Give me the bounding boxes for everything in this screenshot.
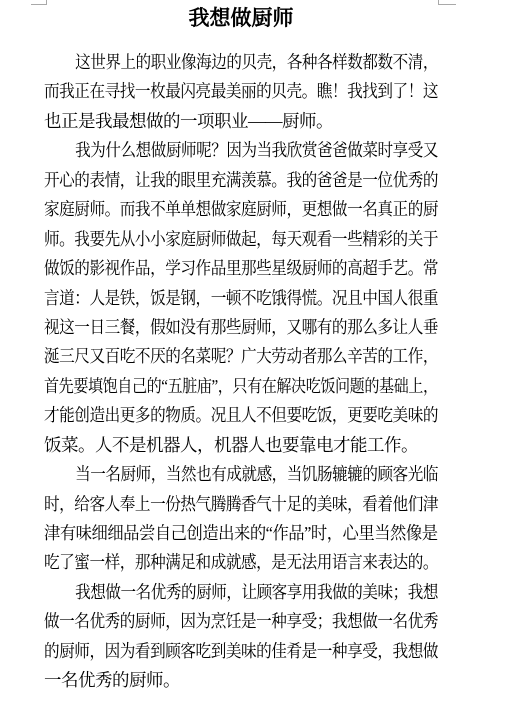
document-title[interactable]: 我想做厨师 xyxy=(44,4,438,32)
text-line[interactable]: 首先要填饱自己的“五脏庙”，只有在解决吃饭问题的基础上， xyxy=(44,372,384,401)
text-line[interactable]: 我为什么想做厨师呢？因为当我欣赏爸爸做菜时享受又 xyxy=(44,136,394,165)
document-page: 我想做厨师 这世界上的职业像海边的贝壳，各种各样数都数不清，而我正在寻找一枚最闪… xyxy=(0,0,517,702)
text-line[interactable]: 家庭厨师。而我不单单想做家庭厨师，更想做一名真正的厨 xyxy=(44,195,395,224)
text-line[interactable]: 这世界上的职业像海边的贝壳，各种各样数都数不清， xyxy=(44,48,394,77)
text-line[interactable]: 开心的表情，让我的眼里充满羡慕。我的爸爸是一位优秀的 xyxy=(44,166,395,195)
text-line[interactable]: 一名优秀的厨师。 xyxy=(44,666,438,695)
text-boundary-mark-right xyxy=(438,0,456,5)
text-line[interactable]: 吃了蜜一样，那种满足和成就感，是无法用语言来表达的。 xyxy=(44,548,395,577)
text-line[interactable]: 津有味细细品尝自己创造出来的“作品”时，心里当然像是 xyxy=(44,519,411,548)
text-line[interactable]: 才能创造出更多的物质。况且人不但要吃饭，更要吃美味的 xyxy=(44,401,395,430)
text-line[interactable]: 做一名优秀的厨师，因为烹饪是一种享受；我想做一名优秀 xyxy=(44,607,395,636)
text-line[interactable]: 当一名厨师，当然也有成就感，当饥肠辘辘的顾客光临 xyxy=(44,460,394,489)
text-line[interactable]: 而我正在寻找一枚最闪亮最美丽的贝壳。瞧！我找到了！这 xyxy=(44,77,395,106)
text-line[interactable]: 的厨师，因为看到顾客吃到美味的佳肴是一种享受，我想做 xyxy=(44,637,395,666)
text-line[interactable]: 饭菜。人不是机器人，机器人也要靠电才能工作。 xyxy=(44,431,438,460)
text-line[interactable]: 我想做一名优秀的厨师，让顾客享用我做的美味；我想 xyxy=(44,578,394,607)
text-line[interactable]: 做饭的影视作品，学习作品里那些星级厨师的高超手艺。常 xyxy=(44,254,395,283)
document-body[interactable]: 这世界上的职业像海边的贝壳，各种各样数都数不清，而我正在寻找一枚最闪亮最美丽的贝… xyxy=(44,48,438,696)
text-line[interactable]: 也正是我最想做的一项职业——厨师。 xyxy=(44,107,438,136)
text-line[interactable]: 时，给客人奉上一份热气腾腾香气十足的美味，看着他们津 xyxy=(44,490,395,519)
text-line[interactable]: 视这一日三餐，假如没有那些厨师，又哪有的那么多让人垂 xyxy=(44,313,395,342)
text-line[interactable]: 言道：人是铁，饭是钢，一顿不吃饿得慌。况且中国人很重 xyxy=(44,284,395,313)
text-line[interactable]: 师。我要先从小小家庭厨师做起，每天观看一些精彩的关于 xyxy=(44,225,395,254)
text-line[interactable]: 涎三尺又百吃不厌的名菜呢？广大劳动者那么辛苦的工作， xyxy=(44,342,395,371)
